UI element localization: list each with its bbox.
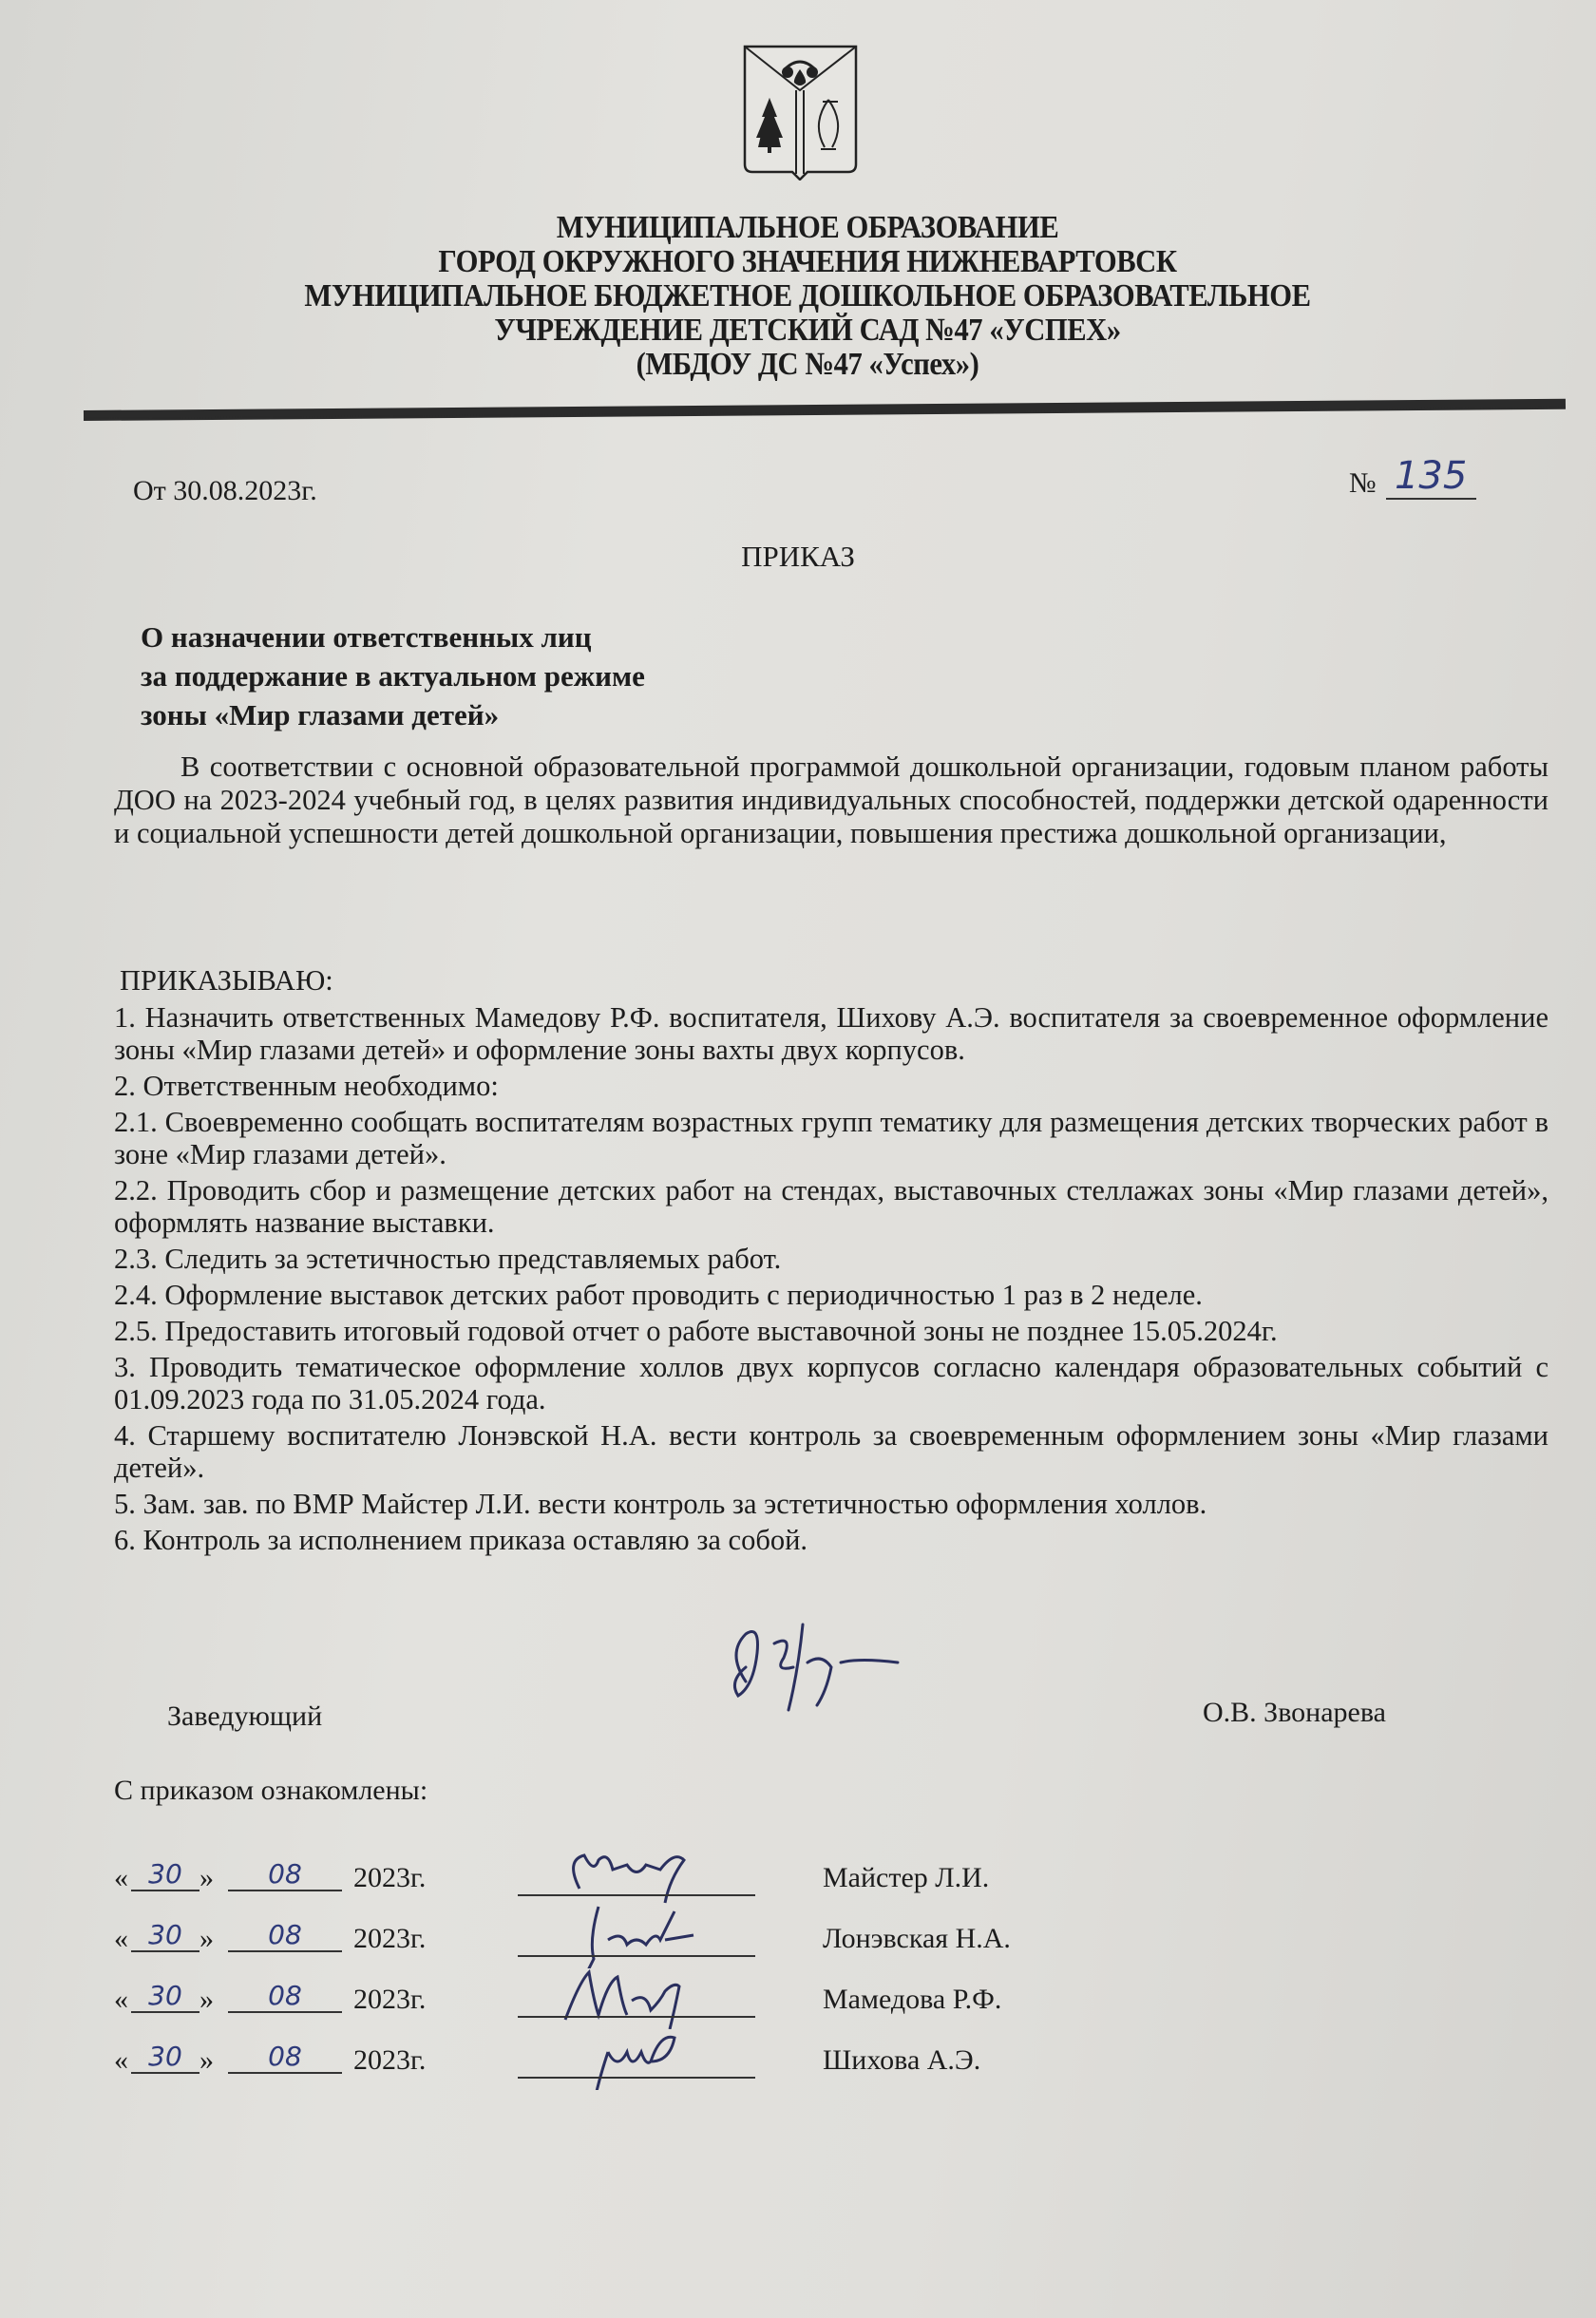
ack-name: Лонэвская Н.А. [823, 1923, 1011, 1955]
close-quote: » [199, 1923, 214, 1955]
order-preamble: В соответствии с основной образовательно… [114, 750, 1548, 850]
order-item: 3. Проводить тематическое оформление хол… [114, 1351, 1548, 1415]
subject-line: зоны «Мир глазами детей» [141, 695, 645, 734]
order-item: 2.4. Оформление выставок детских работ п… [114, 1279, 1548, 1311]
order-item: 2.1. Своевременно сообщать воспитателям … [114, 1106, 1548, 1170]
document-title: ПРИКАЗ [0, 540, 1596, 574]
signatory-role: Заведующий [167, 1700, 322, 1733]
order-subject: О назначении ответственных лиц за поддер… [141, 617, 645, 734]
order-item: 4. Старшему воспитателю Лонэвской Н.А. в… [114, 1419, 1548, 1484]
ack-name: Майстер Л.И. [823, 1862, 989, 1894]
document-page: МУНИЦИПАЛЬНОЕ ОБРАЗОВАНИЕ ГОРОД ОКРУЖНОГ… [0, 0, 1596, 2318]
coat-of-arms-icon [741, 43, 860, 180]
signature-icon [541, 2023, 731, 2090]
ack-month: 08 [228, 1980, 342, 2013]
signature-icon [541, 1963, 731, 2029]
ack-day: 30 [131, 1919, 199, 1952]
close-quote: » [199, 2044, 214, 2077]
ack-day: 30 [131, 2041, 199, 2074]
signature-icon [717, 1615, 936, 1719]
ack-day: 30 [131, 1980, 199, 2013]
preamble-text: В соответствии с основной образовательно… [114, 750, 1548, 850]
signatory-name: О.В. Звонарева [1203, 1697, 1386, 1729]
order-number-value: 135 [1386, 454, 1476, 500]
open-quote: « [114, 1862, 128, 1894]
order-item: 2.3. Следить за эстетичностью представля… [114, 1243, 1548, 1275]
open-quote: « [114, 1923, 128, 1955]
header-line: МУНИЦИПАЛЬНОЕ ОБРАЗОВАНИЕ [158, 211, 1457, 245]
acknowledgement-list: « 30 » 08 2023г. Майстер Л.И. « 30 » 08 … [114, 1862, 1064, 2105]
header-divider [84, 399, 1566, 420]
ack-year: 2023г. [353, 1862, 426, 1894]
ack-name: Мамедова Р.Ф. [823, 1984, 1001, 2016]
signature-line [518, 2016, 755, 2018]
close-quote: » [199, 1984, 214, 2016]
header-line: ГОРОД ОКРУЖНОГО ЗНАЧЕНИЯ НИЖНЕВАРТОВСК [158, 245, 1457, 279]
open-quote: « [114, 2044, 128, 2077]
order-number: № 135 [1349, 454, 1476, 500]
acknowledgement-row: « 30 » 08 2023г. Шихова А.Э. [114, 2044, 1064, 2105]
signature-line [518, 1955, 755, 1957]
subject-line: за поддержание в актуальном режиме [141, 656, 645, 695]
subject-line: О назначении ответственных лиц [141, 617, 645, 656]
close-quote: » [199, 1862, 214, 1894]
order-item: 2. Ответственным необходимо: [114, 1070, 1548, 1102]
order-item: 2.2. Проводить сбор и размещение детских… [114, 1174, 1548, 1239]
ack-day: 30 [131, 1858, 199, 1891]
signature-icon [541, 1902, 731, 1968]
header-line: (МБДОУ ДС №47 «Успех») [158, 348, 1457, 382]
open-quote: « [114, 1984, 128, 2016]
order-items: ПРИКАЗЫВАЮ: 1. Назначить ответственных М… [114, 964, 1548, 1560]
order-number-label: № [1349, 467, 1377, 500]
ack-month: 08 [228, 1919, 342, 1952]
ack-year: 2023г. [353, 2044, 426, 2077]
ack-year: 2023г. [353, 1984, 426, 2016]
order-item: 6. Контроль за исполнением приказа остав… [114, 1524, 1548, 1556]
order-date: От 30.08.2023г. [133, 475, 317, 507]
order-item: 5. Зам. зав. по ВМР Майстер Л.И. вести к… [114, 1488, 1548, 1520]
header-line: УЧРЕЖДЕНИЕ ДЕТСКИЙ САД №47 «УСПЕХ» [158, 313, 1457, 348]
ack-month: 08 [228, 2041, 342, 2074]
orders-heading: ПРИКАЗЫВАЮ: [120, 964, 1548, 997]
signature-line [518, 1894, 755, 1896]
signature-line [518, 2077, 755, 2079]
acknowledged-label: С приказом ознакомлены: [114, 1775, 427, 1807]
header-line: МУНИЦИПАЛЬНОЕ БЮДЖЕТНОЕ ДОШКОЛЬНОЕ ОБРАЗ… [158, 279, 1457, 313]
signature-icon [541, 1841, 731, 1908]
ack-year: 2023г. [353, 1923, 426, 1955]
order-item: 2.5. Предоставить итоговый годовой отчет… [114, 1315, 1548, 1347]
institution-header: МУНИЦИПАЛЬНОЕ ОБРАЗОВАНИЕ ГОРОД ОКРУЖНОГ… [85, 211, 1529, 382]
ack-month: 08 [228, 1858, 342, 1891]
order-item: 1. Назначить ответственных Мамедову Р.Ф.… [114, 1001, 1548, 1066]
ack-name: Шихова А.Э. [823, 2044, 980, 2077]
